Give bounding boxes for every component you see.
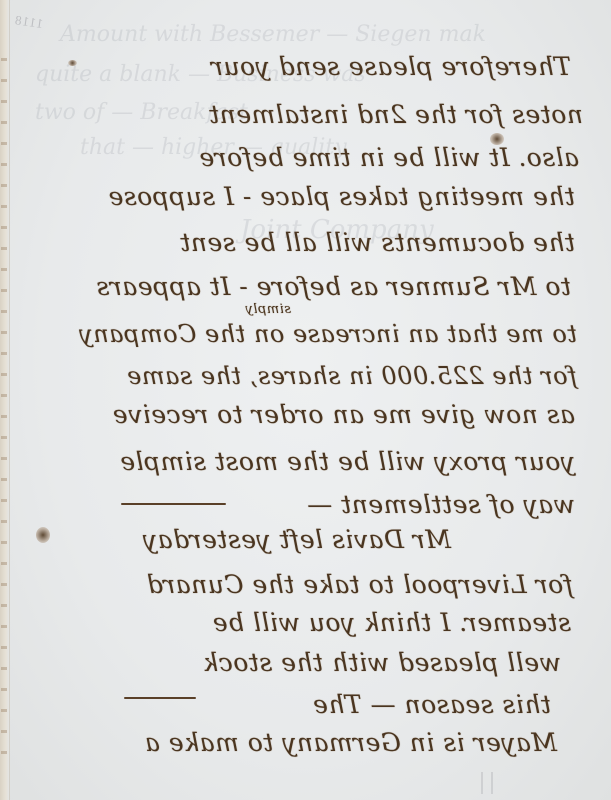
page-edge-marks xyxy=(481,772,493,794)
letter-line: to me that an increase on the Company xyxy=(79,320,577,348)
letter-line: the meeting takes place - I suppose xyxy=(108,182,575,211)
letter-line: for the 225.000 in shares, the same xyxy=(127,362,577,390)
interlinear-insertion: simply xyxy=(245,302,291,317)
letter-line: this season — The xyxy=(313,690,551,719)
letter-line: Mayer is in Germany to make a xyxy=(144,728,557,757)
letter-line: way of settlement — xyxy=(307,490,575,519)
letter-line: steamer. I think you will be xyxy=(212,608,571,637)
letter-line: to Mr Sumner as before - It appears xyxy=(96,272,571,301)
ink-blot xyxy=(490,133,504,145)
letter-line: also. It will be in time before xyxy=(199,143,579,172)
letter-line: the documents will all be sent xyxy=(180,228,575,257)
copy-book-page: 1118 Amount with Bessemer — Siegen mak q… xyxy=(0,0,611,800)
letter-line: as now give me an order to receive xyxy=(112,400,575,429)
letter-line: for Liverpool to take the Cunard xyxy=(146,570,573,599)
letter-line: your proxy will be the most simple xyxy=(120,447,575,476)
letter-line: Mr Davis left yesterday xyxy=(143,525,451,554)
letter-line: Therefore please send your xyxy=(211,52,572,81)
flourish-dash xyxy=(124,697,196,699)
letter-body: Therefore please send your notes for the… xyxy=(0,0,611,800)
letter-line: well pleased with the stock xyxy=(203,648,561,677)
ink-blot xyxy=(68,60,77,66)
ink-blot xyxy=(36,527,50,543)
flourish-dash xyxy=(121,503,226,505)
letter-line: notes for the 2nd instalment xyxy=(209,100,583,129)
